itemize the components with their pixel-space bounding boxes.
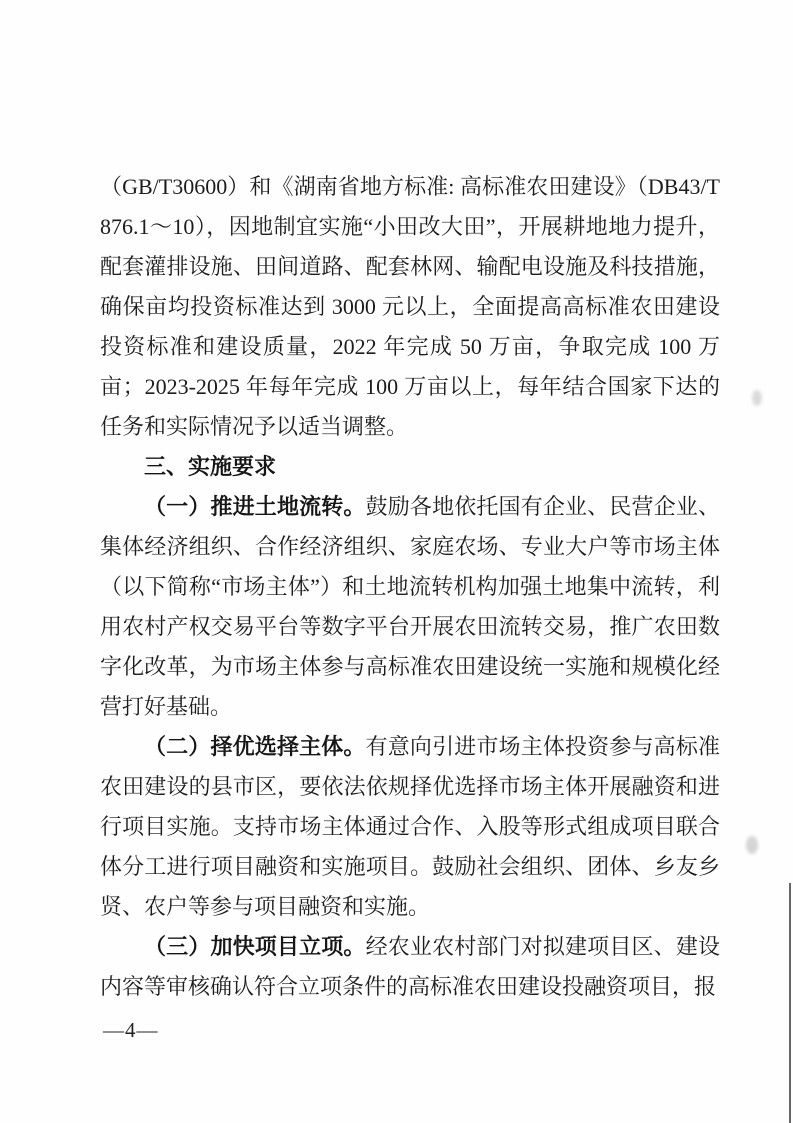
paragraph-1: （一）推进土地流转。鼓励各地依托国有企业、民营企业、集体经济组织、合作经济组织、… xyxy=(100,487,720,727)
paragraph-3: （三）加快项目立项。经农业农村部门对拟建项目区、建设内容等审核确认符合立项条件的… xyxy=(100,927,720,1007)
document-page: （GB/T30600）和《湖南省地方标准: 高标准农田建设》（DB43/T 87… xyxy=(0,0,793,1123)
scan-artifact-smudge-middle xyxy=(746,836,758,854)
paragraph-continued: （GB/T30600）和《湖南省地方标准: 高标准农田建设》（DB43/T 87… xyxy=(100,167,720,447)
paragraph-2-body: 有意向引进市场主体投资参与高标准农田建设的县市区，要依法依规择优选择市场主体开展… xyxy=(100,734,720,919)
section-heading: 三、实施要求 xyxy=(100,447,720,487)
scan-artifact-smudge-top xyxy=(752,390,762,406)
paragraph-2: （二）择优选择主体。有意向引进市场主体投资参与高标准农田建设的县市区，要依法依规… xyxy=(100,727,720,927)
paragraph-2-lead: （二）择优选择主体。 xyxy=(144,734,366,759)
paragraph-1-body: 鼓励各地依托国有企业、民营企业、集体经济组织、合作经济组织、家庭农场、专业大户等… xyxy=(100,494,720,719)
document-body: （GB/T30600）和《湖南省地方标准: 高标准农田建设》（DB43/T 87… xyxy=(100,167,720,1007)
paragraph-1-lead: （一）推进土地流转。 xyxy=(144,494,366,519)
page-number: —4— xyxy=(103,1016,159,1044)
paragraph-3-lead: （三）加快项目立项。 xyxy=(144,934,366,959)
scan-artifact-vertical-line xyxy=(789,883,791,1123)
